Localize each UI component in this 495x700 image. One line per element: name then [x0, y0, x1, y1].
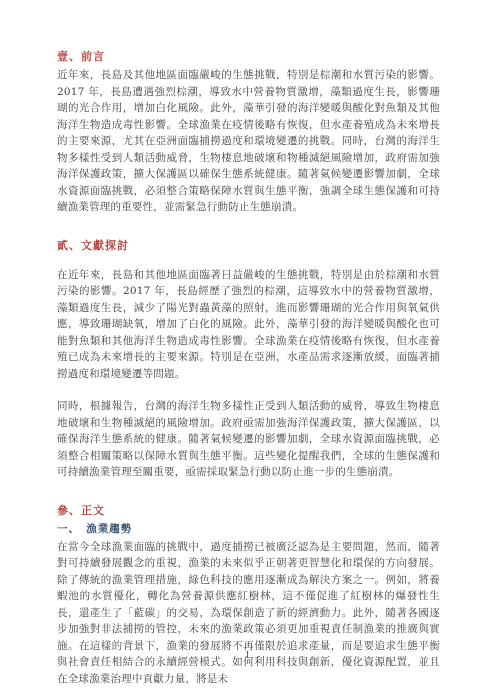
- document-page: 壹、前言 近年來，長島及其他地區面臨嚴峻的生態挑戰，特別是棕潮和水質污染的影響。…: [0, 0, 495, 700]
- page-number: 1: [245, 650, 250, 661]
- paragraph-preface-1: 近年來，長島及其他地區面臨嚴峻的生態挑戰，特別是棕潮和水質污染的影響。2017 …: [57, 67, 440, 216]
- section-title-preface: 壹、前言: [57, 48, 440, 65]
- page-footer: 1: [0, 643, 495, 662]
- section-preface: 壹、前言 近年來，長島及其他地區面臨嚴峻的生態挑戰，特別是棕潮和水質污染的影響。…: [57, 48, 440, 216]
- section-literature-review: 貳、文獻探討 在近年來，長島和其他地區面臨著日益嚴峻的生態挑戰，特別是由於棕潮和…: [57, 237, 440, 481]
- paragraph-main-1: 在當今全球漁業面臨的挑戰中，過度捕撈已被廣泛認為是主要問題，然而，隨著對可持續發…: [57, 539, 440, 688]
- paragraph-literature-2: 同時，根據報告，台灣的海洋生物多樣性正受到人類活動的威脅，導致生物棲息地破壞和生…: [57, 398, 440, 481]
- section-title-literature-review: 貳、文獻探討: [57, 237, 440, 254]
- section-title-main-text: 參、正文: [57, 502, 440, 519]
- subsection-title-fishery-trends: 一、 漁業趨勢: [57, 521, 440, 538]
- paragraph-literature-1: 在近年來，長島和其他地區面臨著日益嚴峻的生態挑戰，特別是由於棕潮和水質污染的影響…: [57, 267, 440, 383]
